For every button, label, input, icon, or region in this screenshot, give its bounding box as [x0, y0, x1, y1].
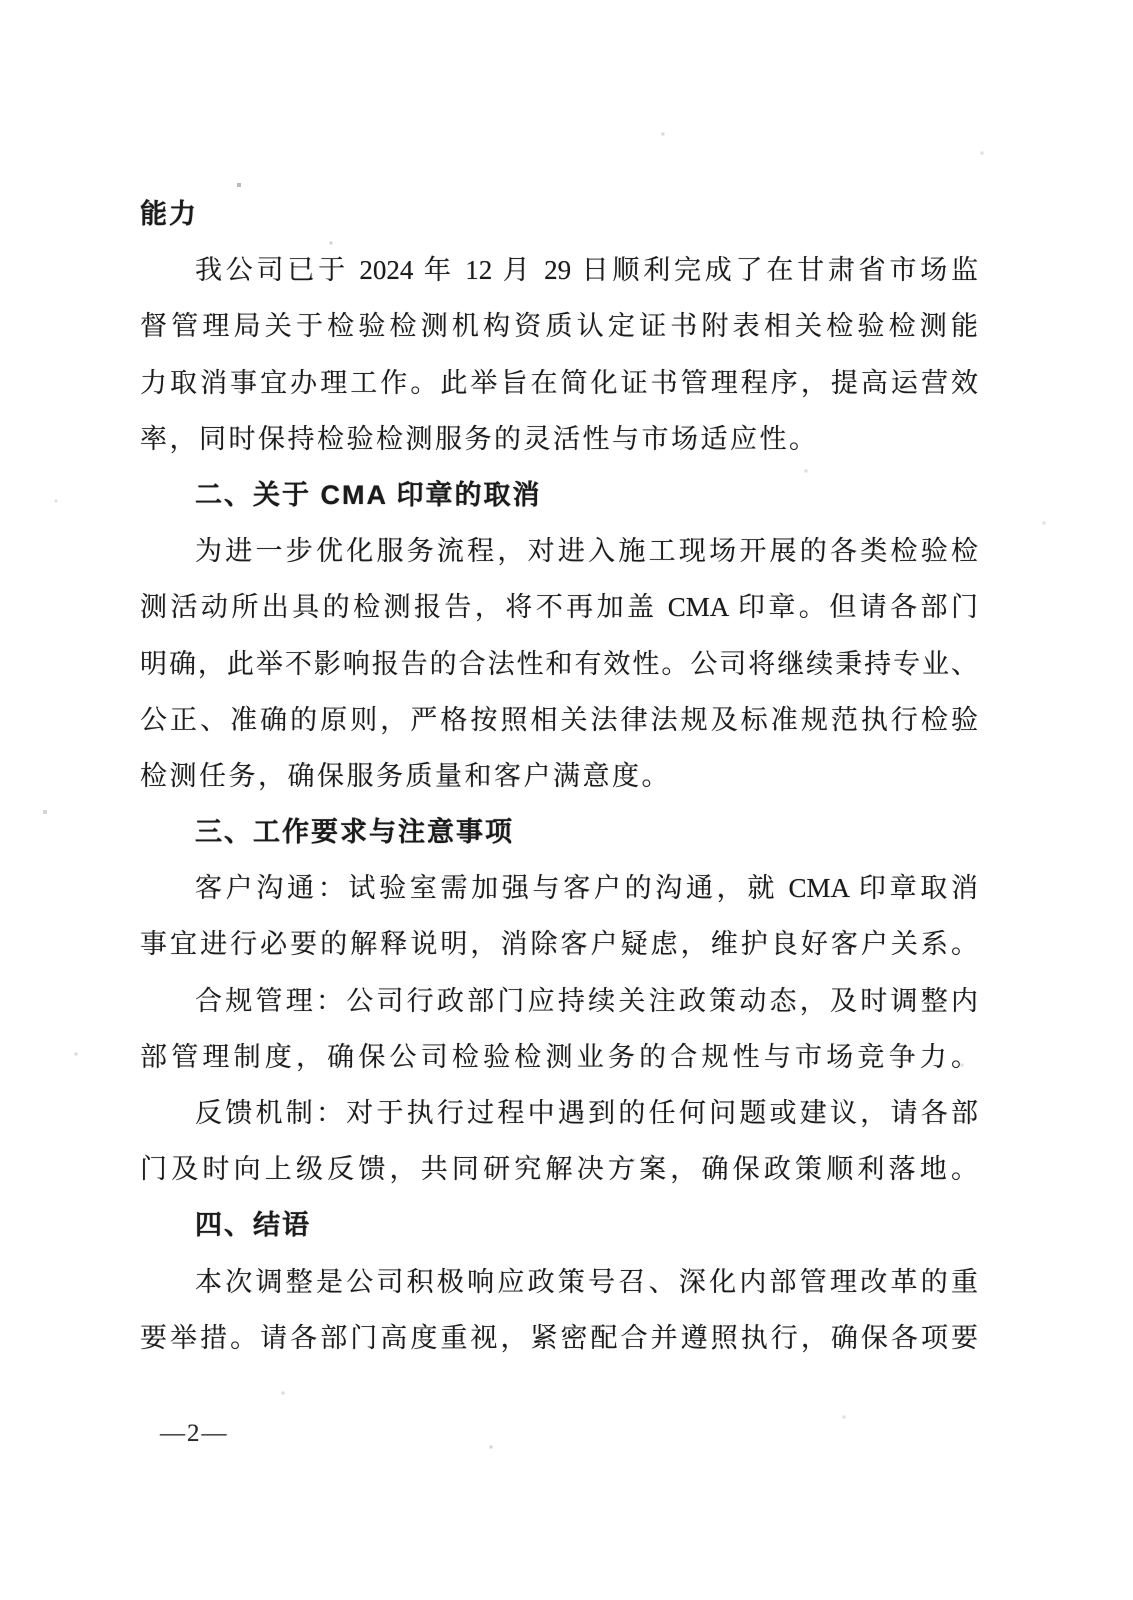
text-line: 测活动所出具的检测报告，将不再加盖 CMA 印章。但请各部门: [140, 579, 978, 635]
scanned-document-page: 能力 我公司已于 2024 年 12 月 29 日顺利完成了在甘肃省市场监 督管…: [0, 0, 1133, 1600]
text-line: 督管理局关于检验检测机构资质认定证书附表相关检验检测能: [140, 298, 978, 354]
text-line: 要举措。请各部门高度重视，紧密配合并遵照执行，确保各项要: [140, 1310, 978, 1366]
text-line: 力取消事宜办理工作。此举旨在简化证书管理程序，提高运营效: [140, 355, 978, 411]
text-line: 部管理制度，确保公司检验检测业务的合规性与市场竞争力。: [140, 1029, 978, 1085]
page-number: —2—: [160, 1420, 229, 1448]
text-line: 我公司已于 2024 年 12 月 29 日顺利完成了在甘肃省市场监: [140, 242, 978, 298]
text-line: 检测任务，确保服务质量和客户满意度。: [140, 748, 978, 804]
section-heading-4: 四、结语: [140, 1197, 978, 1253]
section-heading-3: 三、工作要求与注意事项: [140, 804, 978, 860]
document-body: 能力 我公司已于 2024 年 12 月 29 日顺利完成了在甘肃省市场监 督管…: [140, 186, 978, 1366]
text-line: 为进一步优化服务流程，对进入施工现场开展的各类检验检: [140, 523, 978, 579]
text-line: 合规管理：公司行政部门应持续关注政策动态，及时调整内: [140, 973, 978, 1029]
section-heading-2: 二、关于 CMA 印章的取消: [140, 467, 978, 523]
text-line: 明确，此举不影响报告的合法性和有效性。公司将继续秉持专业、: [140, 636, 978, 692]
text-line: 本次调整是公司积极响应政策号召、深化内部管理改革的重: [140, 1254, 978, 1310]
text-line: 率，同时保持检验检测服务的灵活性与市场适应性。: [140, 411, 978, 467]
text-line: 门及时向上级反馈，共同研究解决方案，确保政策顺利落地。: [140, 1141, 978, 1197]
text-line: 反馈机制：对于执行过程中遇到的任何问题或建议，请各部: [140, 1085, 978, 1141]
text-line: 客户沟通：试验室需加强与客户的沟通，就 CMA 印章取消: [140, 860, 978, 916]
heading-continuation-line: 能力: [140, 186, 978, 242]
text-line: 公正、准确的原则，严格按照相关法律法规及标准规范执行检验: [140, 692, 978, 748]
text-line: 事宜进行必要的解释说明，消除客户疑虑，维护良好客户关系。: [140, 916, 978, 972]
scan-noise-artifacts: [0, 0, 2, 2]
